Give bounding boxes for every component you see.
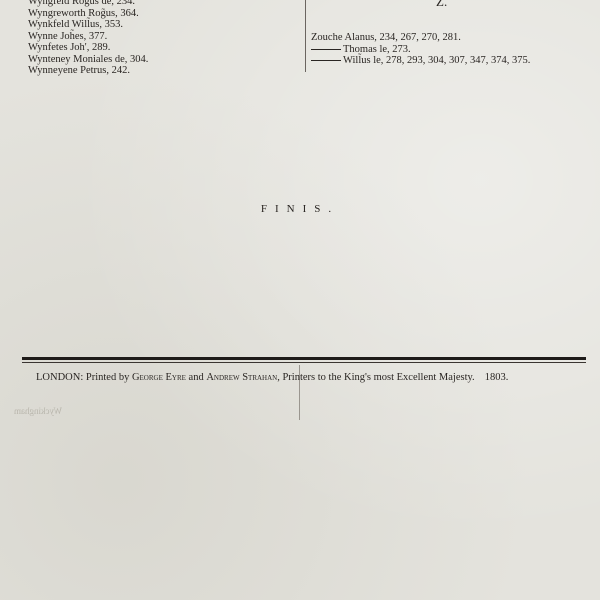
finis-heading: FINIS. xyxy=(0,203,600,215)
index-entry: Wyngreworth Rog̃us, 364. xyxy=(28,8,148,20)
index-entry: Thomas le, 273. xyxy=(311,44,530,56)
ditto-dash xyxy=(311,60,341,61)
document-page: Wyngfeld Rog̃us de, 234. Wyngreworth Rog… xyxy=(0,0,600,600)
printer-imprint: LONDON: Printed by George Eyre and Andre… xyxy=(36,372,508,383)
ditto-dash xyxy=(311,49,341,50)
index-entry: Wynneyene Petrus, 242. xyxy=(28,65,148,77)
index-entry: Wynteney Moniales de, 304. xyxy=(28,54,148,66)
section-letter: Z. xyxy=(436,0,447,10)
index-right-column: Zouche Alanus, 234, 267, 270, 281. Thoma… xyxy=(311,32,530,67)
index-entry: Wyngfeld Rog̃us de, 234. xyxy=(28,0,148,8)
index-entry: Wynkfeld Will̃us, 353. xyxy=(28,19,148,31)
index-entry: Zouche Alanus, 234, 267, 270, 281. xyxy=(311,32,530,44)
thin-rule xyxy=(22,362,586,363)
column-divider xyxy=(305,0,306,72)
bleed-through-text: Wyckingham xyxy=(14,406,62,416)
index-entry: Will̃us le, 278, 293, 304, 307, 347, 374… xyxy=(311,55,530,67)
thick-rule xyxy=(22,357,586,360)
index-entry: Wynne Joh̃es, 377. xyxy=(28,31,148,43)
index-left-column: Wyngfeld Rog̃us de, 234. Wyngreworth Rog… xyxy=(28,0,148,77)
imprint-year: 1803. xyxy=(485,372,509,383)
index-entry: Wynfetes Joh', 289. xyxy=(28,42,148,54)
